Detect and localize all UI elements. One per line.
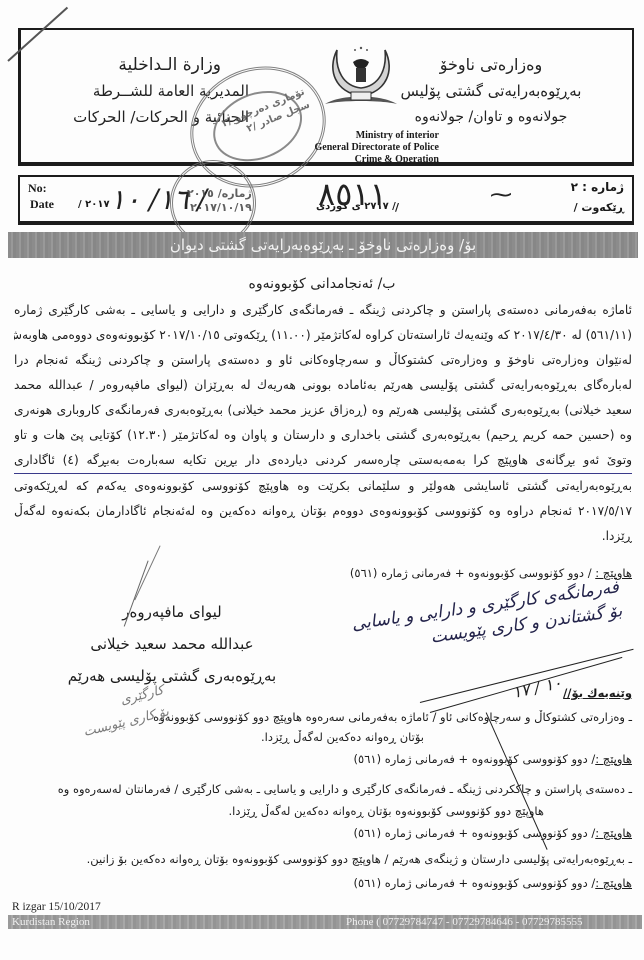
attachment-text: / دوو کۆنووسی کۆبوونەوە + فەرمانی ژمارە …	[350, 566, 595, 580]
no-label: No:	[28, 181, 47, 195]
signature-block: لیوای مافپەروەر عبدالله محمد سعید خیلانی…	[22, 596, 322, 692]
reference-box: No: Date ٢٠١٧ / ١٦/ ١٠ / / ٢٧١٧ ی کوردی …	[18, 175, 634, 225]
signer-title: بەڕێوەبەری گشتی پۆلیسی هەرێم	[22, 660, 322, 692]
english-directorate: General Directorate of Police	[279, 142, 439, 154]
copy-attachment: هاوپێچ :/ دوو کۆنووسی کۆبوونەوە + فەرمان…	[354, 876, 632, 890]
date-year: ٢٠١٧ /	[78, 199, 110, 210]
body-line: ڕێزدا.	[14, 524, 632, 549]
kurdish-department: جولانەوە و تاوان/ جولانەوە	[366, 104, 616, 130]
body-line: بەڕێوەبەرایەتی گشتی ئاسایشی هەولێر و سلێ…	[14, 474, 632, 499]
date-label: Date	[30, 197, 54, 212]
footer-region: Kurdistan Region	[12, 915, 90, 929]
letterhead-kurdish: وەزارەتی ناوخۆ بەڕێوەبەرایەتی گشتی پۆلیس…	[366, 52, 616, 130]
attachment-text: / دوو کۆنووسی کۆبوونەوە + فەرمانی ژمارە …	[354, 876, 596, 890]
attachment-label: هاوپێچ :	[595, 752, 632, 766]
document-page: وزارة الـداخلية المديرية العامة للشــرطة…	[0, 0, 644, 960]
body-line: وە (حسین حمە کریم ڕحیم) بەڕێوەبەری گشتی …	[14, 423, 632, 448]
copy-continuation: هاوپێچ دوو کۆنووسی کۆبوونەوە بۆتان ڕەوان…	[229, 804, 544, 818]
copy-attachment: هاوپێچ :/ دوو کۆنووسی کۆبوونەوە + فەرمان…	[354, 752, 632, 766]
attachment-text: / دوو کۆنووسی کۆبوونەوە + فەرمانی ژمارە …	[354, 752, 596, 766]
attachment-label: هاوپێچ :	[595, 826, 632, 840]
date-kurdish-label: ڕێکەوت /	[574, 201, 624, 214]
copy-recipient: ـ وەزارەتی کشتوکاڵ و سەرچاوەکانی ئاو / ئ…	[153, 710, 632, 724]
attachment-label: هاوپێچ :	[595, 876, 632, 890]
kurdish-ministry: وەزارەتی ناوخۆ	[366, 52, 616, 78]
body-line: لەنێوان وەزارەتی ناوخۆ و وەزارەتی کشتوکا…	[14, 348, 632, 373]
addressee-bar: بۆ/ وەزارەتی ناوخۆ ـ بەڕێوەبەرایەتی گشتی…	[8, 232, 638, 258]
attachment-main: هاوپێچ : / دوو کۆنووسی کۆبوونەوە + فەرما…	[350, 566, 632, 580]
footer-bar: Kurdistan Region Phone ( 07729784747 - 0…	[8, 915, 642, 929]
copy-recipient: ـ دەستەی پاراستن و چاککردنی ژینگە ـ فەرم…	[58, 782, 632, 796]
handwritten-minute: فەرمانگەی کارگێری و دارایی و یاسایی بۆ گ…	[290, 575, 623, 668]
stamp-text: ژمارە/ ٢٠١٥	[187, 187, 252, 201]
body-line: (٥٦١/١١) لە ٢٠١٧/٤/٣٠ کە وێنەیەك ئاراستە…	[14, 323, 632, 348]
number-handwritten: ٨٥١١	[318, 177, 387, 211]
english-ministry: Ministry of interior	[279, 130, 439, 142]
footer-phone: Phone ( 07729784747 - 07729784646 - 0772…	[346, 915, 583, 929]
body-line: ٢٠١٧/٥/١٧ ئەنجام دراوە وە کۆنووسی کۆبوون…	[14, 499, 632, 524]
attachment-text: / دوو کۆنووسی کۆبوونەوە + فەرمانی ژمارە …	[354, 826, 596, 840]
copy-continuation: بۆتان ڕەوانە دەکەین لەگەڵ ڕێزدا.	[261, 730, 424, 744]
body-line: ئاماژە بەفەرمانی دەستەی پاراستن و چاکردن…	[14, 298, 632, 323]
signer-rank: لیوای مافپەروەر	[22, 596, 322, 628]
body-line-underlined: وتوێ ئەو بڕگانەی هاوپێچ کرا بەمەبەستی چا…	[14, 448, 632, 474]
copy-recipient: ـ بەڕێوەبەرایەتی پۆلیسی دارستان و ژینگەی…	[87, 852, 632, 866]
letterhead: وزارة الـداخلية المديرية العامة للشــرطة…	[18, 28, 634, 166]
letter-body: ئاماژە بەفەرمانی دەستەی پاراستن و چاکردن…	[14, 298, 632, 549]
number-label: ژمارە : ٢	[571, 180, 624, 194]
body-line: سعید خیلانی) بەڕێوەبەری گشتی پۆلیسی هەرێ…	[14, 398, 632, 423]
subject-line: ب/ ئەنجامدانی کۆبوونەوە	[0, 276, 644, 292]
arabic-ministry: وزارة الـداخلية	[49, 52, 249, 78]
signer-name: عبدالله محمد سعید خیلانی	[22, 628, 322, 660]
body-line: لەبارەگای بەڕێوەبەرایەتی گشتی پۆلیسی هەر…	[14, 373, 632, 398]
letterhead-english: Ministry of interior General Directorate…	[279, 130, 439, 166]
date-slash: /	[395, 201, 399, 214]
typist-and-date: R izgar 15/10/2017	[12, 901, 101, 913]
copy-attachment: هاوپێچ :/ دوو کۆنووسی کۆبوونەوە + فەرمان…	[354, 826, 632, 840]
number-dash: ⁓	[490, 183, 512, 208]
kurdish-directorate: بەڕێوەبەرایەتی گشتی پۆلیس	[366, 78, 616, 104]
stamp-text: ٢٠١٧/١٠/١٩	[187, 201, 252, 215]
signature-stroke	[134, 545, 161, 600]
copies-heading: وێنەیەك بۆ//	[563, 686, 632, 700]
english-department: Crime & Operation	[279, 154, 439, 166]
